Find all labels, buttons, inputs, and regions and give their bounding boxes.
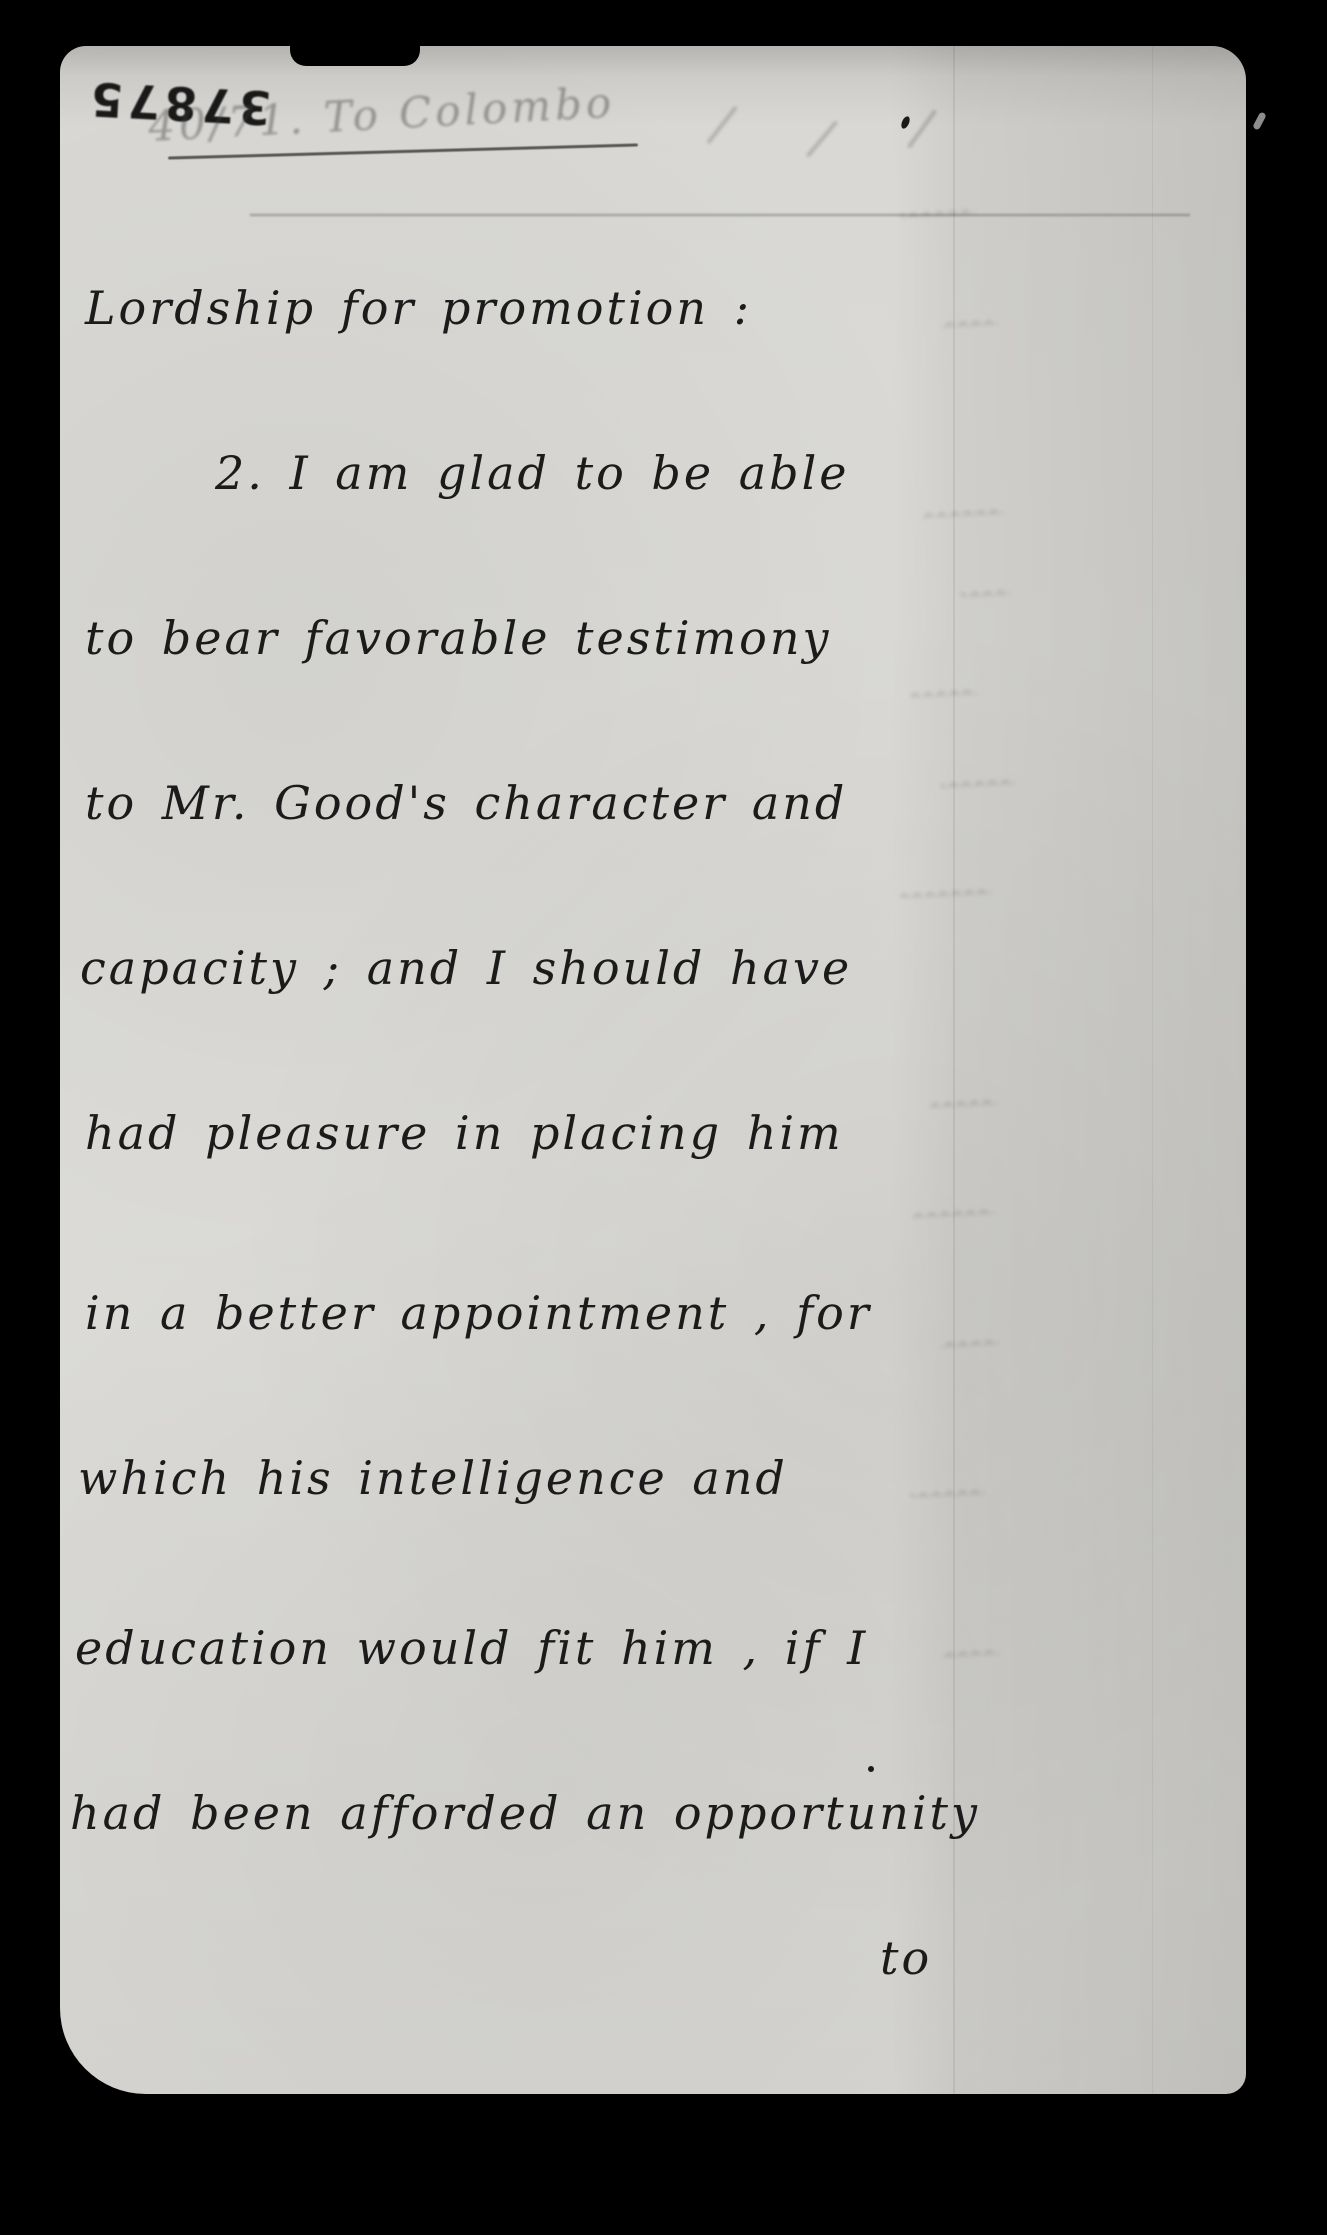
handwritten-line: in a better appointment , for xyxy=(85,1286,872,1340)
fold-seam xyxy=(1152,46,1153,2094)
bleedthrough-mark xyxy=(899,184,975,218)
bleedthrough-mark xyxy=(929,1074,997,1107)
handwritten-line: had pleasure in placing him xyxy=(85,1106,844,1160)
handwritten-line: education would fit him , if I xyxy=(75,1621,868,1675)
bleedthrough-mark xyxy=(939,1315,998,1348)
faint-pen-stroke xyxy=(706,106,737,145)
bleedthrough-mark xyxy=(939,754,1015,788)
handwritten-line: which his intelligence and xyxy=(78,1451,788,1505)
bleedthrough-mark xyxy=(909,1184,993,1218)
handwritten-line: to bear favorable testimony xyxy=(85,611,832,665)
handwritten-line: capacity ; and I should have xyxy=(80,941,852,995)
bleedthrough-mark xyxy=(909,664,977,697)
bleedthrough-mark xyxy=(919,484,1003,518)
catchword: to xyxy=(880,1931,932,1985)
handwritten-line: had been afforded an opportunity xyxy=(70,1786,980,1840)
faint-pen-stroke xyxy=(806,120,839,158)
bleedthrough-mark xyxy=(959,565,1010,598)
bleedthrough-mark xyxy=(909,1464,985,1498)
bleedthrough-mark xyxy=(899,864,991,899)
paper-edge-notch xyxy=(290,36,420,66)
bleedthrough-mark xyxy=(939,295,998,328)
letter-paper: 37875 40/71. To Colombo Lordship for pro… xyxy=(60,46,1246,2094)
handwritten-line: to Mr. Good's character and xyxy=(85,776,847,830)
ink-speck xyxy=(900,115,912,130)
handwritten-line: Lordship for promotion : xyxy=(85,281,752,335)
scanned-letter-page: 37875 40/71. To Colombo Lordship for pro… xyxy=(0,0,1327,2235)
bleedthrough-mark xyxy=(939,1625,998,1658)
handwritten-line: 2. I am glad to be able xyxy=(215,446,850,500)
fold-seam xyxy=(953,46,955,2094)
faint-pen-stroke xyxy=(907,109,937,149)
heading-underline-faint xyxy=(250,214,1190,216)
ink-speck xyxy=(868,1766,874,1772)
margin-fleck xyxy=(1252,111,1267,130)
